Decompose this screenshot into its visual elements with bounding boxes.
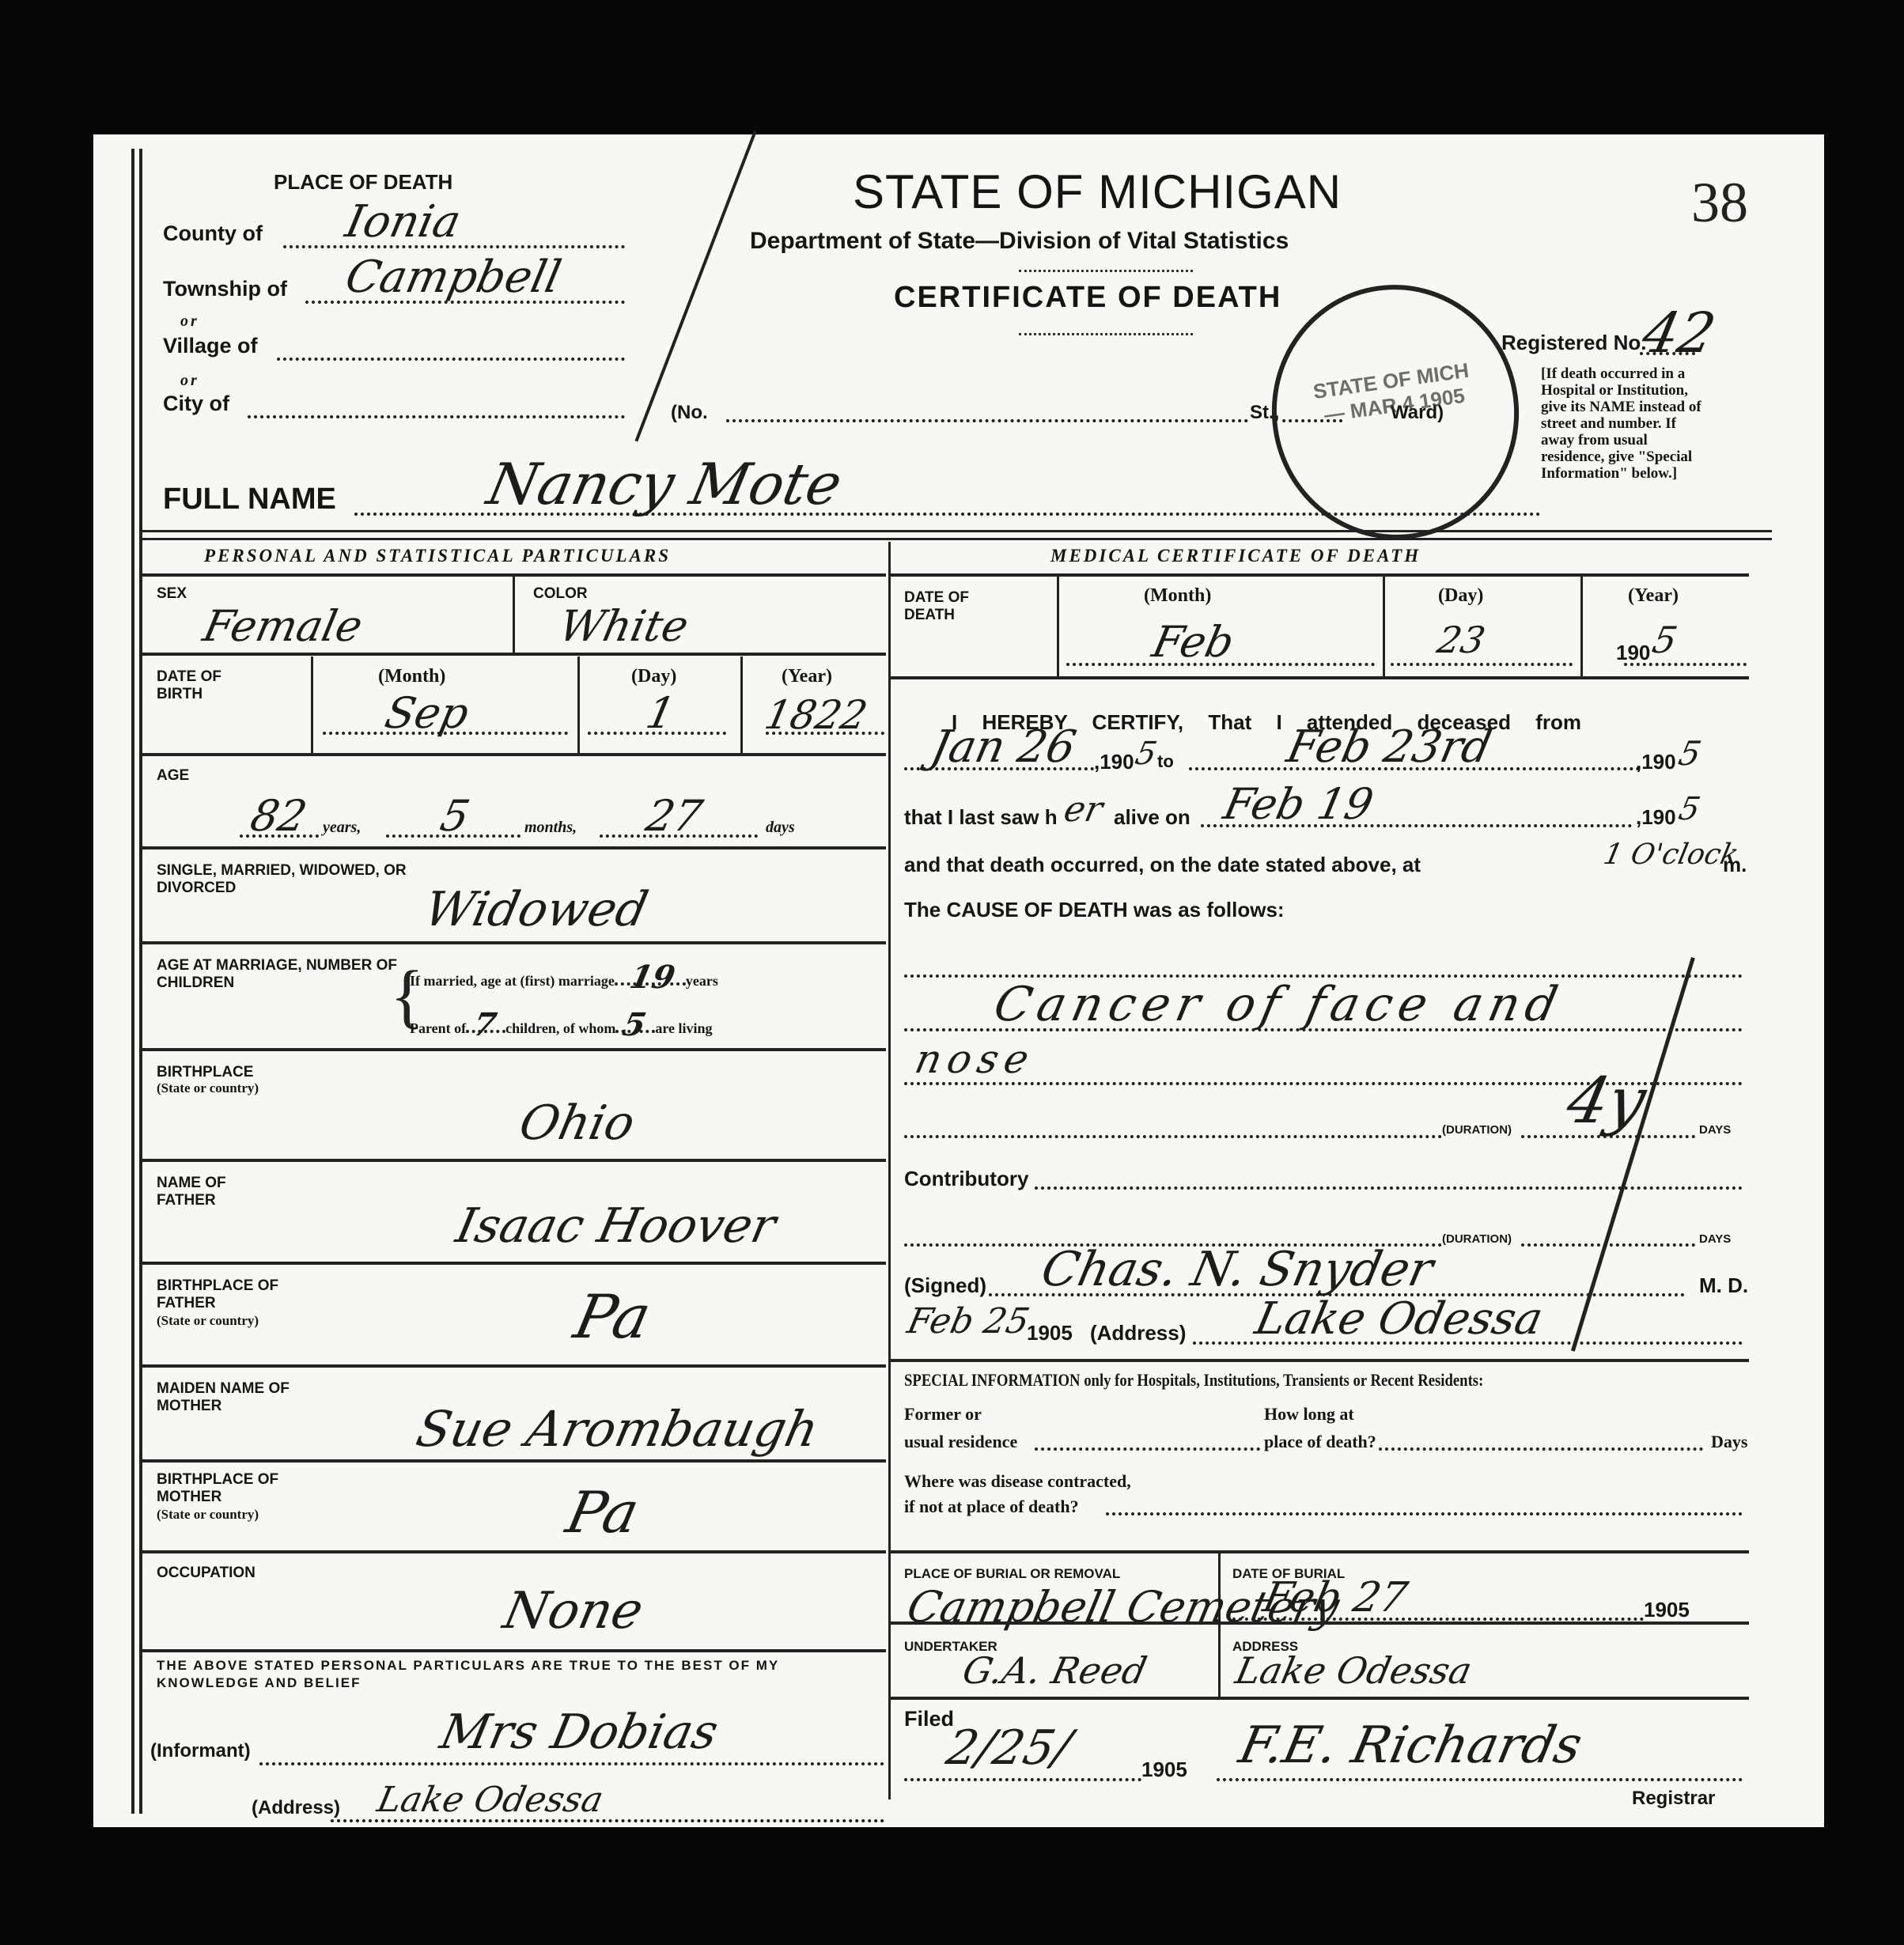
dod-day-line [1391,663,1573,666]
signed-year: 1905 [1027,1321,1073,1345]
where-contracted-label-1: Where was disease contracted, [904,1471,1131,1492]
time-suffix: m. [1723,853,1747,877]
special-info-heading: SPECIAL INFORMATION only for Hospitals, … [904,1370,1483,1391]
marriage-years-word: years [686,973,718,989]
mother-birthplace-label: BIRTHPLACE OF MOTHER [157,1471,299,1506]
state-title: STATE OF MICHIGAN [853,165,1342,219]
undertaker-value: G.A. Reed [959,1649,1150,1692]
dod-year-prefix: 190 [1616,641,1650,665]
rule [740,657,743,753]
contributory-duration-label: (DURATION) [1442,1232,1512,1246]
father-birthplace-label: BIRTHPLACE OF FATHER [157,1277,299,1312]
rule [142,1048,886,1051]
dod-year-suffix: 5 [1648,619,1681,661]
stamp-text: STATE OF MICH — MAR 4 1905 [1311,358,1474,429]
how-long-line [1379,1447,1703,1451]
father-label: NAME OF FATHER [157,1175,275,1209]
rule [891,1697,1749,1700]
birthplace-label: BIRTHPLACE [157,1064,253,1081]
age-days-value: 27 [642,791,706,841]
rule [1580,576,1583,676]
rule [142,1262,886,1265]
column-divider [888,542,891,1799]
dod-month-label: (Month) [1144,585,1211,607]
dob-year-value: 1822 [761,692,872,738]
marriage-label: AGE AT MARRIAGE, NUMBER OF CHILDREN [157,957,410,992]
father-value: Isaac Hoover [452,1198,781,1254]
birthplace-value: Ohio [515,1095,640,1151]
age-years-word: years, [323,819,361,837]
marriage-age-field: 19 [615,982,686,986]
rule [891,1550,1749,1553]
alive-on-text: alive on [1114,805,1190,830]
county-value: Ionia [341,196,465,248]
children-line: Parent of7children, of whom5are living [410,1020,713,1037]
children-living-value: 5 [619,1006,649,1043]
dod-year-label: (Year) [1628,585,1679,607]
rule [142,846,886,850]
rule [142,753,886,756]
attended-from-year-suffix: 5 [1132,736,1160,772]
children-living-field: 5 [615,1030,655,1033]
age-days-word: days [766,819,795,837]
occurred-text: and that death occurred, on the date sta… [904,853,1421,877]
sex-value: Female [199,601,367,651]
duration-label: (DURATION) [1442,1123,1512,1137]
left-border-inner [139,149,142,1814]
informant-address-label: (Address) [252,1797,340,1819]
dob-year-label: (Year) [782,666,832,687]
signed-label: (Signed) [904,1273,986,1298]
attended-to-value: Feb 23rd [1282,721,1496,773]
former-residence-line [1035,1447,1260,1451]
dob-day-label: (Day) [631,666,676,687]
contributory-label: Contributory [904,1167,1028,1191]
age-months-word: months, [524,819,577,837]
occupation-label: OCCUPATION [157,1565,256,1582]
children-count-field: 7 [466,1030,505,1033]
to-word: to [1157,751,1174,772]
or-separator-1: or [180,312,199,331]
children-count-value: 7 [470,1006,500,1043]
dob-label: DATE OF BIRTH [157,668,252,703]
burial-date-year: 1905 [1644,1598,1690,1622]
registrar-line [1217,1778,1743,1781]
how-long-label-1: How long at [1264,1404,1354,1425]
signed-date: Feb 25 [904,1301,1033,1341]
age-months-value: 5 [436,791,474,841]
father-birthplace-value: Pa [569,1281,657,1352]
where-contracted-label-2: if not at place of death? [904,1497,1079,1517]
rule [142,1364,886,1368]
section-divider-2 [142,538,1772,540]
rule [513,576,515,653]
age-years-value: 82 [246,791,311,841]
left-border-outer [131,149,134,1814]
rule [142,941,886,944]
rule [891,573,1749,577]
are-living-text: are living [655,1020,712,1036]
rule [142,1550,886,1553]
street-number-label: (No. [671,402,708,424]
rule [1383,576,1385,676]
hospital-note: [If death occurred in a Hospital or Inst… [1541,365,1707,482]
village-field-line [277,358,625,361]
color-label: COLOR [533,585,588,603]
personal-heading: PERSONAL AND STATISTICAL PARTICULARS [204,546,671,566]
attended-to-year-suffix: 5 [1675,734,1705,773]
occupation-value: None [498,1582,648,1640]
how-long-label-2: place of death? [1264,1432,1376,1452]
md-label: M. D. [1699,1273,1748,1298]
sheet-number: 38 [1691,170,1748,236]
time-value: 1 O'clock [1601,838,1742,871]
filed-label: Filed [904,1707,954,1731]
parent-of-text: Parent of [410,1020,466,1036]
last-saw-year-suffix: 5 [1675,791,1703,827]
filed-year: 1905 [1141,1758,1187,1782]
of-whom-text: children, of whom [505,1020,615,1036]
rule [891,676,1749,679]
former-residence-label-1: Former or [904,1404,982,1425]
attended-to-year-prefix: ,190 [1636,750,1676,774]
rule [142,1649,886,1652]
birthplace-sublabel: (State or country) [157,1080,259,1096]
certificate-title: CERTIFICATE OF DEATH [894,281,1281,315]
registered-no-value: 42 [1637,301,1721,365]
dod-label: DATE OF DEATH [904,589,999,624]
physician-signature: Chas. N. Snyder [1037,1242,1438,1297]
pen-stroke [634,131,756,442]
rule [891,1621,1749,1625]
rule [577,657,580,753]
full-name-label: FULL NAME [163,482,336,517]
city-label: City of [163,392,229,416]
rule [1057,576,1059,676]
marriage-age-line: If married, age at (first) marriage19yea… [410,973,718,990]
burial-date-value: Feb 27 [1259,1574,1412,1621]
county-label: County of [163,221,263,246]
informant-label: (Informant) [150,1740,251,1762]
last-saw-year-prefix: ,190 [1636,805,1676,830]
marriage-age-text: If married, age at (first) marriage [410,973,615,989]
cause-text-1: Cancer of face and [990,977,1569,1032]
full-name-value: Nancy Mote [482,451,848,517]
rule [142,1159,886,1162]
section-divider-1 [142,530,1772,532]
cause-line-4 [904,1135,1442,1138]
former-residence-label-2: usual residence [904,1432,1017,1452]
duration-days: DAYS [1699,1123,1731,1137]
department-subtitle: Department of State—Division of Vital St… [750,228,1289,255]
last-saw-date-value: Feb 19 [1219,779,1377,829]
undertaker-address-value: Lake Odessa [1232,1649,1475,1692]
rule [142,1459,886,1463]
registrar-label: Registrar [1632,1788,1715,1810]
dod-month-value: Feb [1148,617,1238,667]
where-contracted-line [1106,1512,1743,1516]
city-field-line [248,415,625,418]
medical-heading: MEDICAL CERTIFICATE OF DEATH [1050,546,1421,566]
informant-line [259,1762,884,1765]
title-rule-bottom [1019,331,1193,335]
contributory-duration-line [1521,1243,1695,1247]
contributory-duration-days: DAYS [1699,1232,1731,1246]
marriage-age-value: 19 [626,959,679,996]
last-saw-pronoun: er [1061,789,1107,830]
how-long-days: Days [1711,1432,1747,1452]
dob-month-value: Sep [380,688,473,738]
mother-label: MAIDEN NAME OF MOTHER [157,1380,331,1415]
attended-from-year-prefix: ,190 [1094,750,1134,774]
dob-month-label: (Month) [378,666,445,687]
township-label: Township of [163,277,287,301]
last-saw-text: that I last saw h [904,805,1058,830]
title-rule-top [1019,267,1193,272]
village-label: Village of [163,334,258,358]
dod-day-label: (Day) [1438,585,1483,607]
rule [891,1359,1749,1362]
age-label: AGE [157,767,189,785]
death-certificate: PLACE OF DEATH County of Ionia Township … [93,134,1824,1827]
attestation-text: THE ABOVE STATED PERSONAL PARTICULARS AR… [157,1657,884,1692]
informant-address-value: Lake Odessa [374,1780,608,1820]
rule [142,653,886,656]
mother-birthplace-value: Pa [561,1479,645,1546]
sex-label: SEX [157,585,187,603]
township-value: Campbell [341,252,566,303]
filed-date-line [904,1778,1141,1781]
physician-address-label: (Address) [1090,1321,1186,1345]
dod-day-value: 23 [1433,619,1489,661]
pen-stroke-check [1571,957,1695,1352]
physician-address-value: Lake Odessa [1251,1293,1547,1345]
filed-date: 2/25/ [942,1720,1077,1776]
registered-no-label: Registered No. [1501,331,1647,355]
color-value: White [555,601,693,651]
registrar-signature: F.E. Richards [1234,1716,1587,1775]
place-of-death-heading: PLACE OF DEATH [274,170,452,195]
attended-from-value: Jan 26 [926,721,1081,773]
cause-label: The CAUSE OF DEATH was as follows: [904,898,1285,922]
rule [311,657,313,753]
marital-value: Widowed [420,882,653,937]
burial-place-label: PLACE OF BURIAL OR REMOVAL [904,1566,1120,1582]
mother-value: Sue Arombaugh [411,1400,823,1458]
father-birthplace-sublabel: (State or country) [157,1313,259,1329]
informant-value: Mrs Dobias [436,1705,723,1760]
or-separator-2: or [180,372,199,390]
dob-day-value: 1 [642,688,679,738]
cause-text-2: nose [911,1036,1039,1082]
contributory-line [1035,1186,1743,1190]
mother-birthplace-sublabel: (State or country) [157,1507,259,1523]
